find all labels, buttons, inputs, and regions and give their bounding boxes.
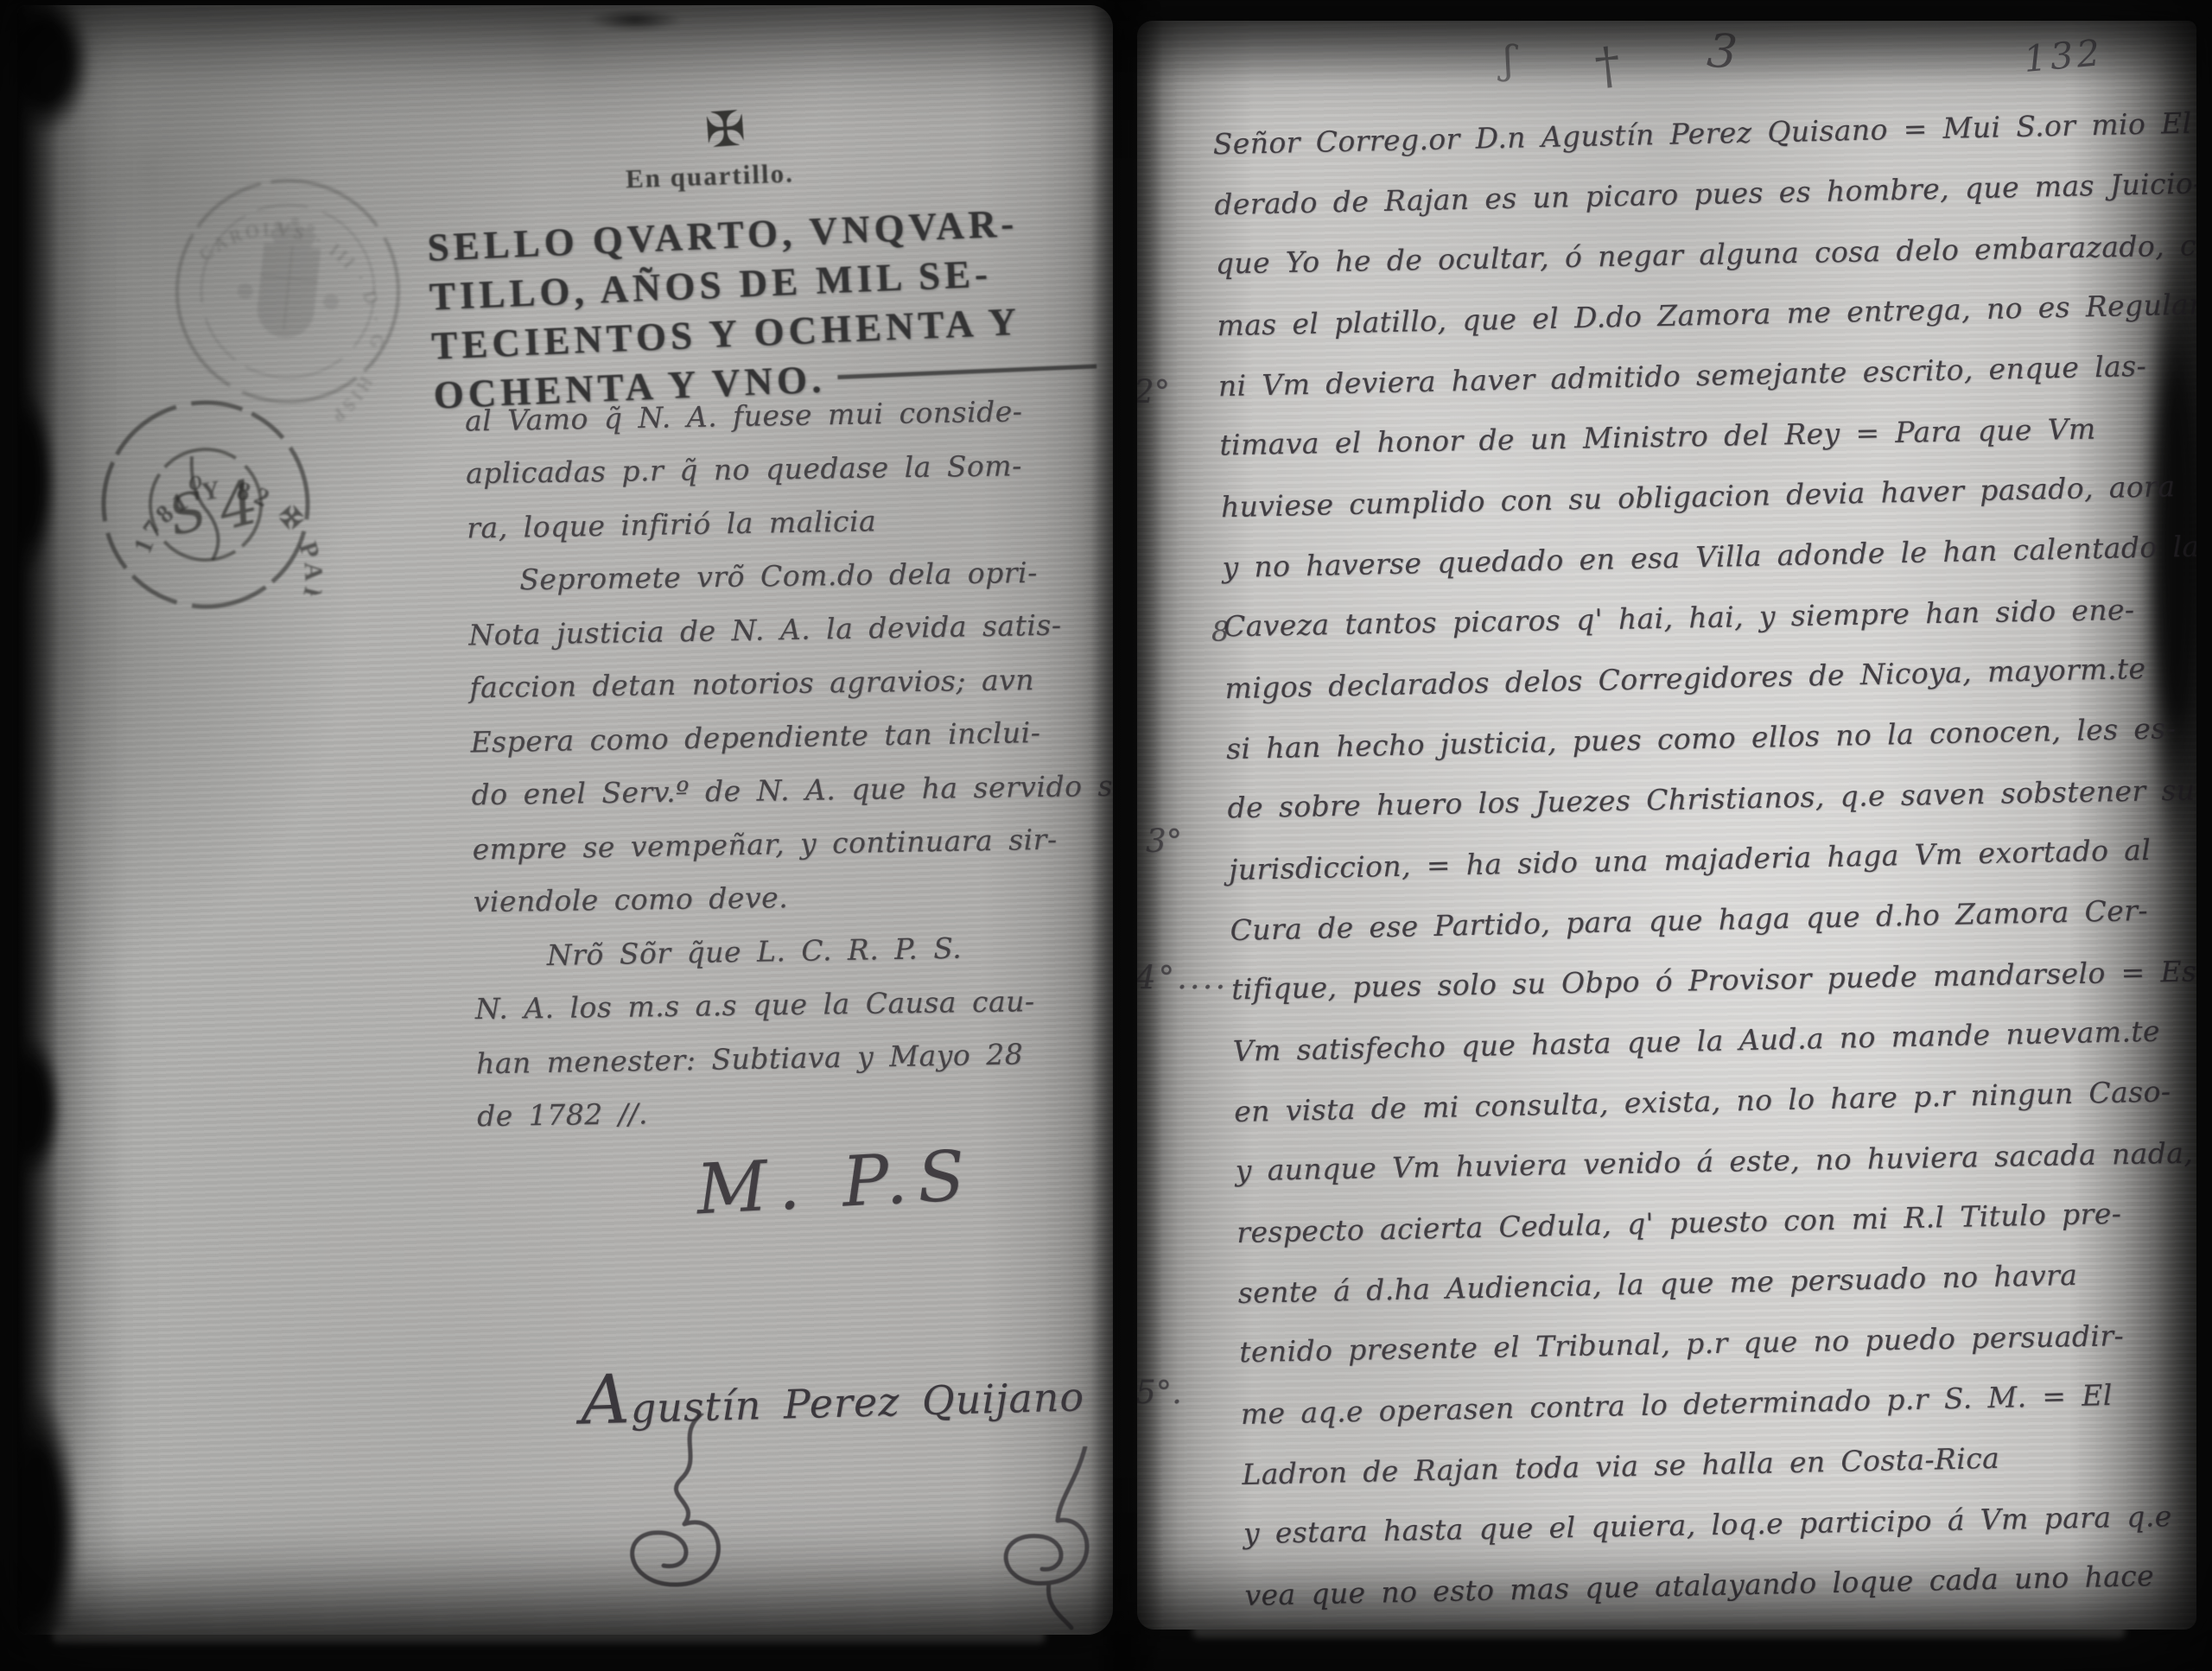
manuscript-line: Sepromete vrõ Com.do dela opri- [519, 545, 1112, 607]
manuscript-line: aplicadas p.r q̃ no quedase la Som- [466, 438, 1110, 500]
margin-note: 3° [1146, 823, 1182, 860]
torn-edge-stain [17, 1033, 62, 1180]
page-stack-edge [52, 1630, 1046, 1643]
page-stack-edge [1192, 1624, 2126, 1638]
torn-edge-stain [17, 385, 55, 575]
header-mark: ʃ [1501, 35, 1516, 83]
left-page-text-block: al Vamo q̃ N. A. fuese mui conside- apli… [464, 384, 1113, 1145]
margin-note: 4°.... [1137, 959, 1228, 996]
torn-edge-stain [17, 5, 92, 135]
header-number: 3 [1705, 23, 1739, 80]
cross-pattee-icon: ✠ [703, 100, 747, 159]
manuscript-line: faccion detan notorios agravios; avn [469, 652, 1113, 715]
signature-rubric-flourish [598, 1414, 762, 1612]
right-page: ʃ † 3 132 2° 8 3° 4°.... 5°. Señor Corre… [1137, 21, 2196, 1630]
folio-number: 132 [2022, 31, 2105, 80]
manuscript-line: Nrõ Sõr q̃ue L. C. R. P. S. [546, 918, 1113, 982]
margin-note: 5°. [1137, 1374, 1182, 1411]
manuscript-line: Espera como dependiente tan inclui- [470, 705, 1113, 770]
margin-note: 2° [1137, 373, 1170, 410]
manuscript-line: al Vamo q̃ N. A. fuese mui conside- [464, 384, 1109, 448]
torn-edge-stain [17, 1388, 79, 1635]
manuscript-line: N. A. los m.s a.s que la Causa cau- [474, 974, 1113, 1036]
left-page: ✠ En quartillo. SELLO QVARTO, VNQVAR- TI… [17, 5, 1113, 1635]
manuscript-line: empre se vempeñar, y continuara sir- [472, 811, 1113, 876]
ink-smudge [588, 9, 683, 31]
manuscript-line: han menester: Subtiava y Mayo 28 [475, 1026, 1113, 1090]
valediction: M. P.S [695, 1135, 977, 1230]
stamp-rule [837, 365, 1096, 380]
manuscript-line: do enel Serv.º de N. A. que ha servido s… [471, 759, 1113, 822]
right-page-text-block: Señor Correg.or D.n Agustín Perez Quisan… [1212, 93, 2196, 1626]
manuscript-line: Nota justicia de N. A. la devida satis- [468, 598, 1113, 663]
manuscript-scan: ✠ En quartillo. SELLO QVARTO, VNQVAR- TI… [0, 0, 2212, 1671]
header-cross-icon: † [1592, 35, 1624, 97]
manuscript-line: de 1782 //. [477, 1081, 1113, 1143]
signature-rubric-flourish [956, 1446, 1111, 1635]
tax-rate-caption: En quartillo. [625, 158, 794, 195]
manuscript-line: viendole como deve. [473, 867, 1113, 929]
